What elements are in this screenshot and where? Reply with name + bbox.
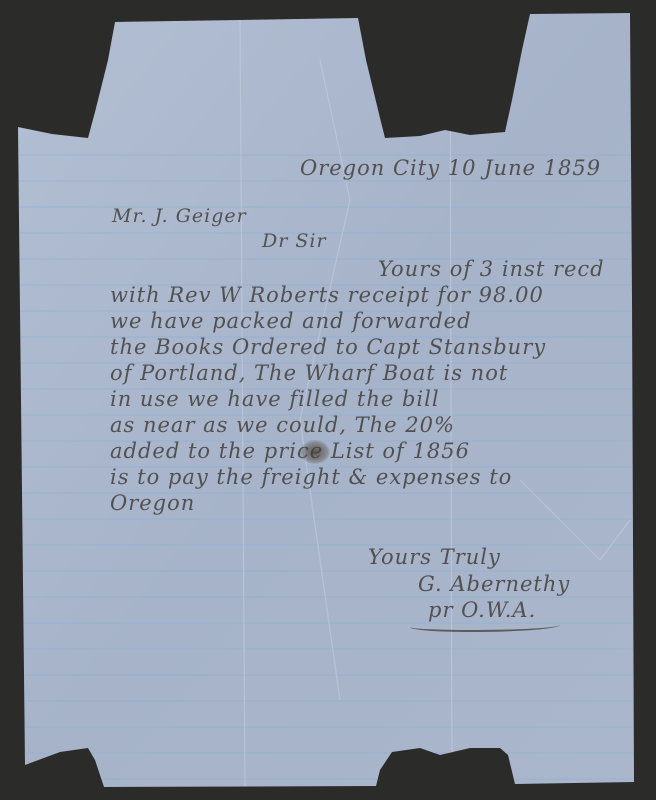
- salutation: Dr Sir: [262, 230, 327, 252]
- body-line: of Portland, The Wharf Boat is not: [110, 361, 508, 385]
- closing: Yours Truly: [368, 545, 501, 569]
- signature: G. Abernethy: [418, 572, 570, 596]
- document-scan: Oregon City 10 June 1859 Mr. J. Geiger D…: [0, 0, 656, 800]
- body-line: Oregon: [110, 491, 195, 515]
- body-line: in use we have filled the bill: [110, 387, 440, 411]
- body-line: added to the price List of 1856: [110, 439, 470, 463]
- body-line: as near as we could, The 20%: [110, 413, 455, 437]
- body-line: is to pay the freight & expenses to: [110, 465, 512, 489]
- addressee: Mr. J. Geiger: [112, 205, 247, 227]
- body-line: Yours of 3 inst recd: [378, 257, 605, 281]
- per-line: pr O.W.A.: [428, 598, 536, 622]
- body-line: the Books Ordered to Capt Stansbury: [110, 335, 546, 359]
- body-line: we have packed and forwarded: [110, 309, 472, 333]
- dateline: Oregon City 10 June 1859: [300, 156, 601, 180]
- ink-blot: [300, 440, 330, 464]
- body-line: with Rev W Roberts receipt for 98.00: [110, 283, 544, 307]
- letter-content: Oregon City 10 June 1859 Mr. J. Geiger D…: [0, 0, 656, 800]
- signature-flourish: [410, 620, 560, 632]
